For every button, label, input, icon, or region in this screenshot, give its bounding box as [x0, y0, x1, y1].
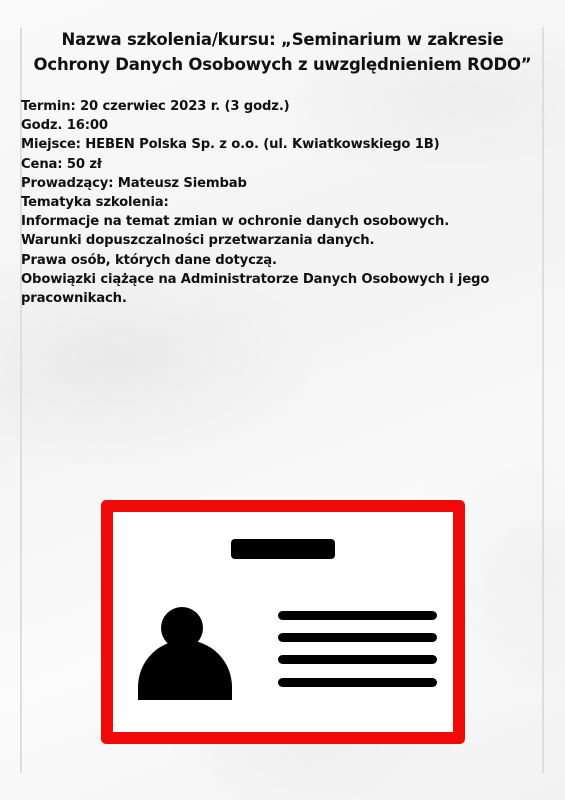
topic-item: Obowiązki ciążące na Administratorze Dan… [21, 270, 491, 308]
page-title: Nazwa szkolenia/kursu: „Seminarium w zak… [30, 27, 535, 77]
title-line-2: Ochrony Danych Osobowych z uwzględnienie… [30, 52, 535, 77]
instructor-text: Prowadzący: Mateusz Siembab [21, 174, 531, 193]
card-text-line [278, 633, 437, 642]
location-text: Miejsce: HEBEN Polska Sp. z o.o. (ul. Kw… [21, 135, 531, 154]
person-head-icon [161, 607, 203, 649]
topic-item: Informacje na temat zmian w ochronie dan… [21, 212, 531, 231]
title-line-1: Nazwa szkolenia/kursu: „Seminarium w zak… [30, 27, 535, 52]
card-text-line [278, 655, 437, 664]
card-text-line [278, 611, 437, 620]
id-card-icon [101, 500, 465, 744]
card-text-line [278, 678, 437, 687]
right-divider [542, 27, 544, 773]
person-body-icon [138, 640, 232, 700]
topic-item: Prawa osób, których dane dotyczą. [21, 251, 531, 270]
course-details: Termin: 20 czerwiec 2023 r. (3 godz.) Go… [21, 97, 531, 308]
topic-item: Warunki dopuszczalności przetwarzania da… [21, 231, 531, 250]
card-title-bar [231, 539, 335, 559]
date-text: Termin: 20 czerwiec 2023 r. (3 godz.) [21, 97, 531, 116]
price-text: Cena: 50 zł [21, 155, 531, 174]
time-text: Godz. 16:00 [21, 116, 531, 135]
topics-label: Tematyka szkolenia: [21, 193, 531, 212]
